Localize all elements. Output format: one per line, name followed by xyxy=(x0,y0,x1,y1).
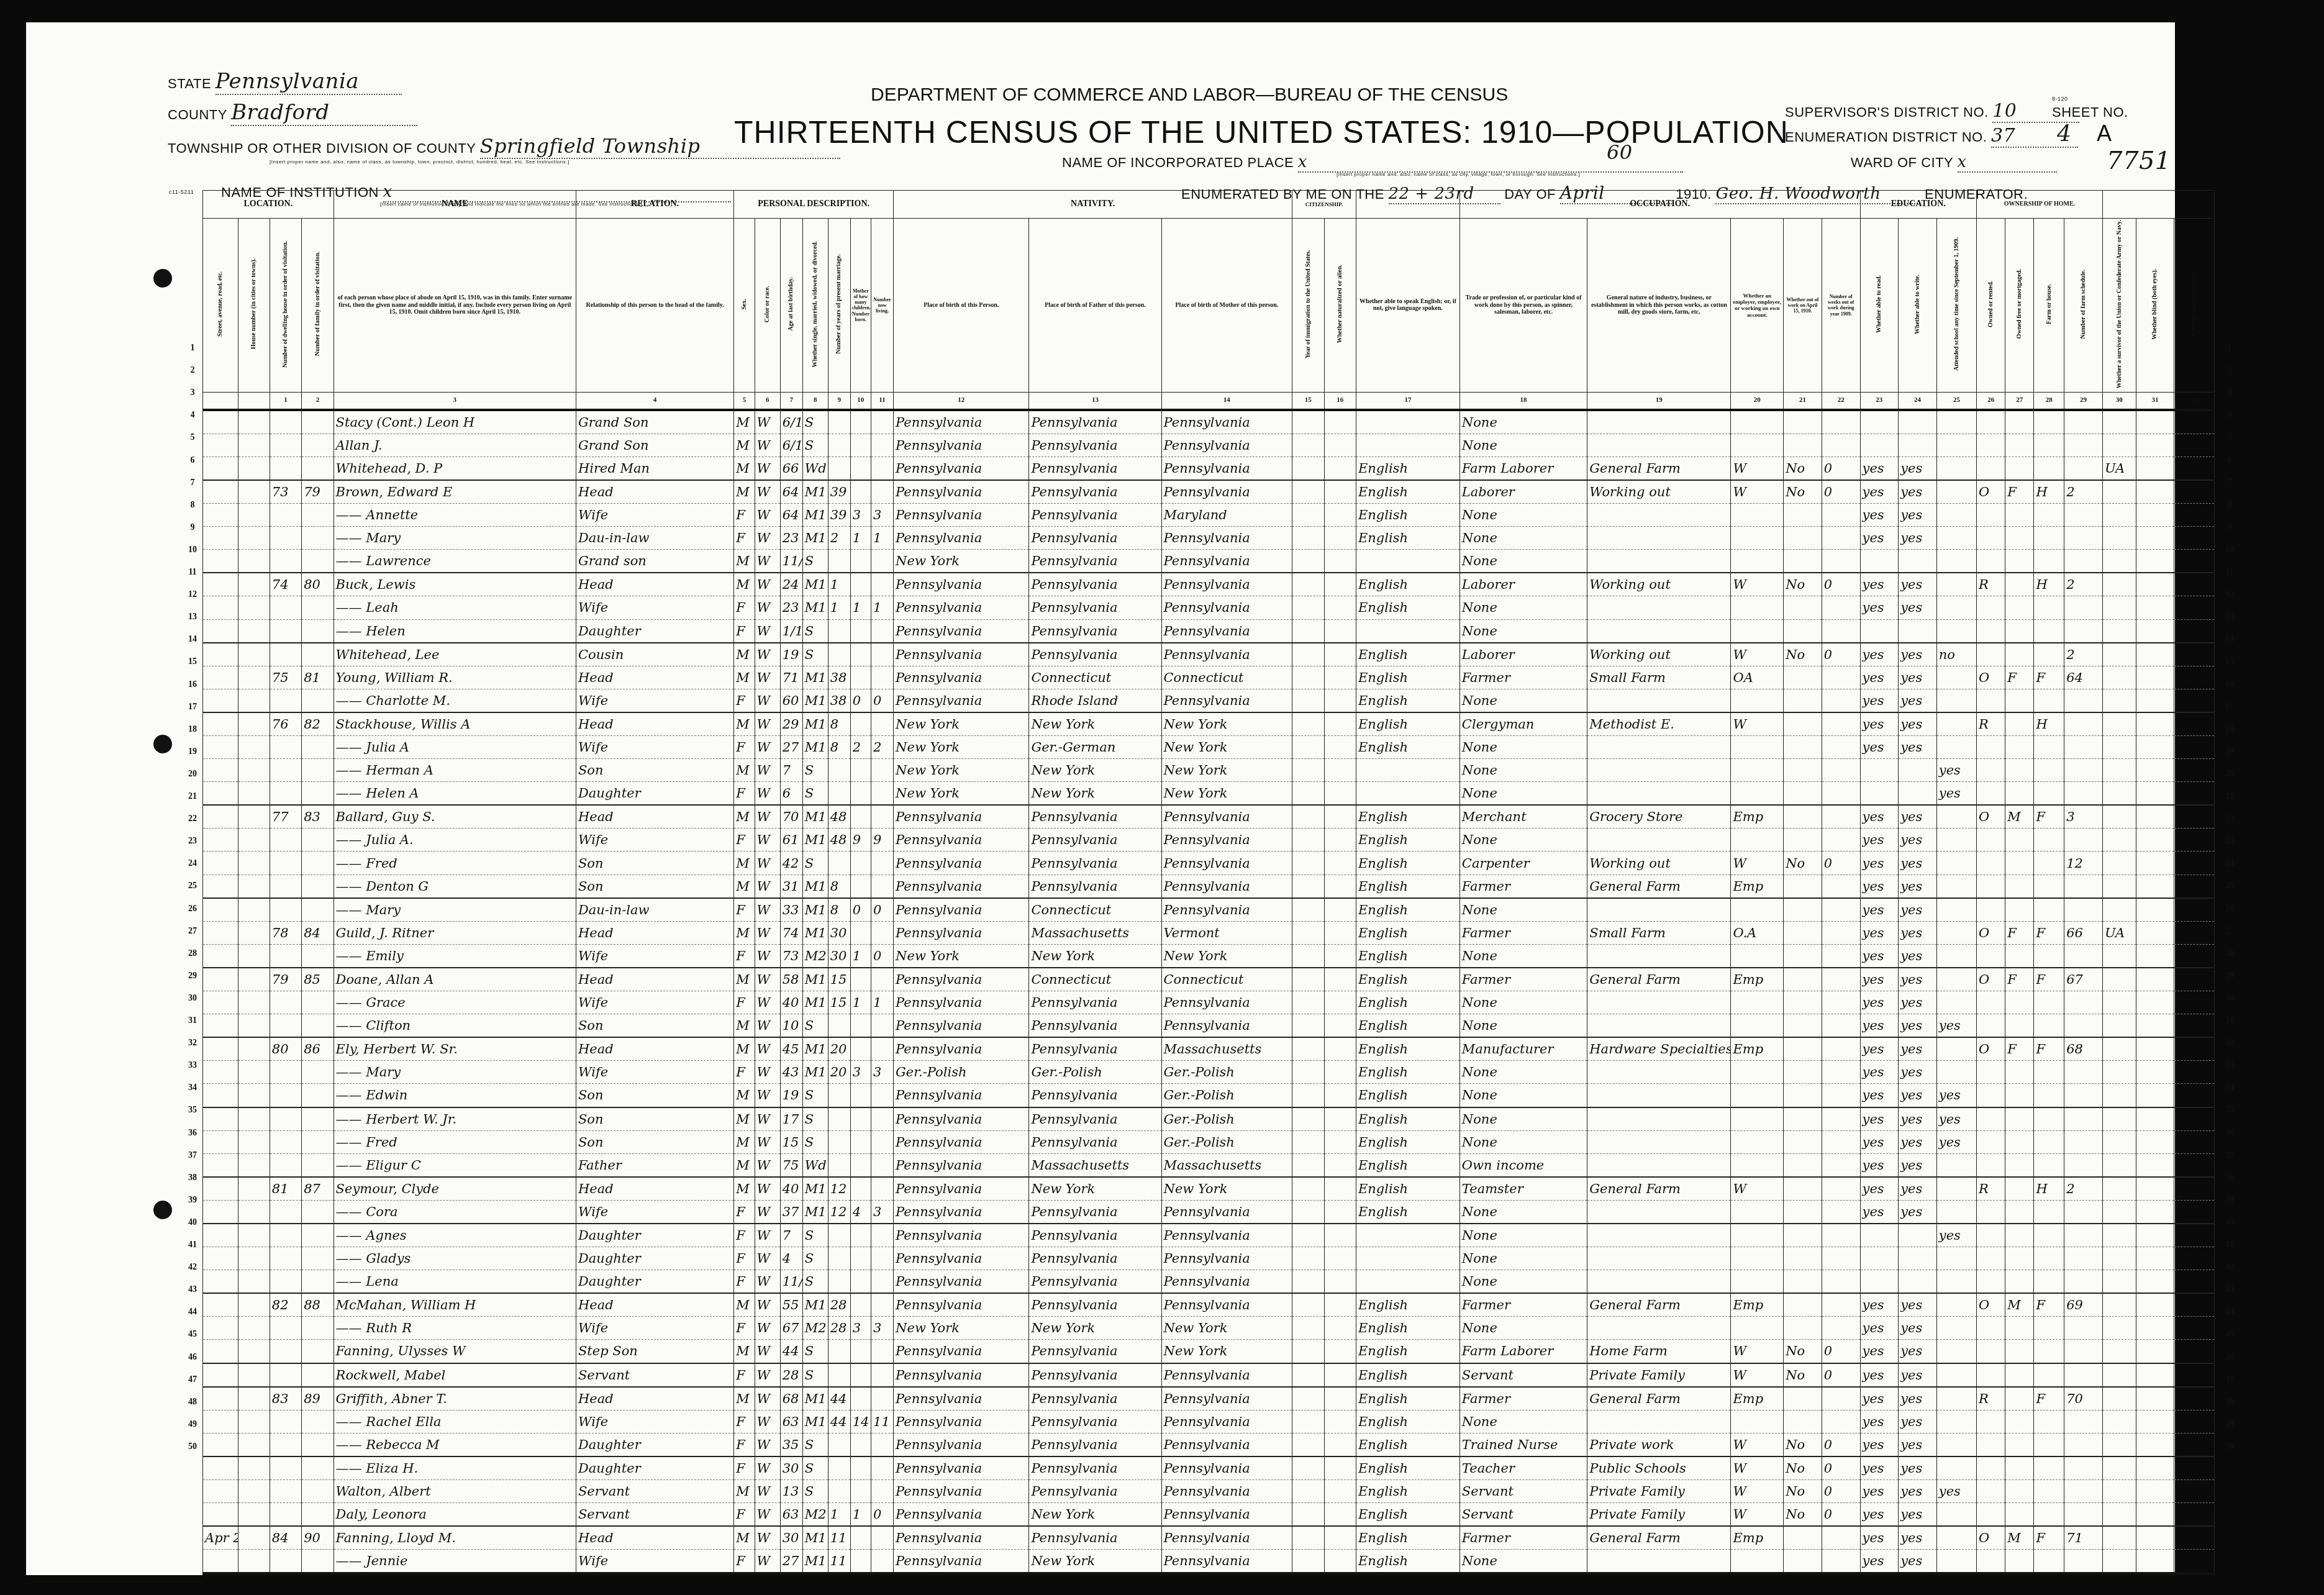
cell-sched xyxy=(2064,1130,2103,1153)
cell-empty xyxy=(2136,1340,2174,1363)
cell-empty xyxy=(238,527,270,550)
cell-born xyxy=(850,712,871,736)
cell-relation: Dau-in-law xyxy=(576,527,733,550)
cell-race: W xyxy=(755,782,780,806)
table-row: —— GraceWifeFW40M11511PennsylvaniaPennsy… xyxy=(203,991,2215,1014)
cell-living: 3 xyxy=(871,1317,894,1340)
cell-school xyxy=(1936,527,1976,550)
cell-imm xyxy=(1292,1014,1324,1038)
cell-age: 37 xyxy=(780,1200,802,1224)
cell-free xyxy=(2005,1224,2034,1247)
table-row: —— CliftonSonMW10SPennsylvaniaPennsylvan… xyxy=(203,1014,2215,1038)
col-farm-schedule: Number of farm schedule. xyxy=(2064,219,2103,393)
cell-write: yes xyxy=(1899,1433,1937,1456)
column-number: 5 xyxy=(734,392,755,410)
cell-age: 60 xyxy=(780,689,802,712)
cell-empty xyxy=(2136,968,2174,991)
cell-industry: General Farm xyxy=(1587,968,1731,991)
cell-empty xyxy=(2136,1387,2174,1411)
cell-imm xyxy=(1292,1224,1324,1247)
cell-trade: None xyxy=(1459,1014,1587,1038)
cell-sched xyxy=(2064,1503,2103,1527)
cell-trade: Farmer xyxy=(1459,666,1587,689)
cell-out: No xyxy=(1784,643,1822,666)
cell-weeks xyxy=(1822,596,1860,619)
cell-nat xyxy=(1324,944,1356,968)
cell-sched xyxy=(2064,1340,2103,1363)
line-number: 34 xyxy=(186,1083,199,1093)
cell-father: New York xyxy=(1029,759,1161,782)
cell-name: Rockwell, Mabel xyxy=(334,1363,576,1387)
cell-dwelling: 82 xyxy=(270,1293,301,1317)
cell-empty xyxy=(2136,875,2174,898)
cell-read xyxy=(1860,434,1899,457)
cell-imm xyxy=(1292,944,1324,968)
cell-street xyxy=(203,1061,238,1084)
cell-school xyxy=(1936,968,1976,991)
cell-own: O xyxy=(1977,921,2005,944)
cell-sched xyxy=(2064,1480,2103,1503)
cell-farm xyxy=(2034,434,2064,457)
cell-empty xyxy=(238,1340,270,1363)
cell-empty xyxy=(238,1293,270,1317)
cell-farm xyxy=(2034,643,2064,666)
cell-imm xyxy=(1292,527,1324,550)
cell-sched xyxy=(2064,434,2103,457)
cell-free xyxy=(2005,1340,2034,1363)
cell-born xyxy=(850,1526,871,1550)
cell-age: 17 xyxy=(780,1107,802,1131)
cell-relation: Wife xyxy=(576,1410,733,1433)
cell-family xyxy=(302,782,334,806)
cell-farm xyxy=(2034,1433,2064,1456)
cell-emp xyxy=(1731,527,1784,550)
binder-hole xyxy=(153,269,172,288)
line-number: 23 xyxy=(2223,837,2236,847)
cell-marital: M1 xyxy=(802,898,828,922)
cell-age: 44 xyxy=(780,1340,802,1363)
cell-yrs: 15 xyxy=(828,968,850,991)
cell-industry: General Farm xyxy=(1587,1526,1731,1550)
cell-vet xyxy=(2102,968,2136,991)
cell-living xyxy=(871,1550,894,1574)
line-number: 25 xyxy=(2223,881,2236,891)
cell-empty xyxy=(2136,1293,2174,1317)
cell-read: yes xyxy=(1860,480,1899,504)
cell-write: yes xyxy=(1899,736,1937,759)
cell-industry xyxy=(1587,829,1731,852)
cell-born xyxy=(850,666,871,689)
cell-empty xyxy=(2174,1410,2215,1433)
cell-english xyxy=(1356,1224,1459,1247)
column-number: 8 xyxy=(802,392,828,410)
cell-school xyxy=(1936,619,1976,643)
cell-empty xyxy=(2136,829,2174,852)
cell-birth: Pennsylvania xyxy=(894,596,1029,619)
cell-family: 89 xyxy=(302,1387,334,1411)
cell-imm xyxy=(1292,1107,1324,1131)
cell-own: O xyxy=(1977,1293,2005,1317)
cell-living xyxy=(871,619,894,643)
cell-race: W xyxy=(755,1061,780,1084)
cell-farm xyxy=(2034,527,2064,550)
cell-name: —— Emily xyxy=(334,944,576,968)
line-number: 8 xyxy=(2223,501,2236,511)
cell-imm xyxy=(1292,759,1324,782)
cell-family xyxy=(302,619,334,643)
cell-write: yes xyxy=(1899,527,1937,550)
cell-sex: M xyxy=(734,852,755,875)
cell-sex: M xyxy=(734,1480,755,1503)
cell-father: Pennsylvania xyxy=(1029,573,1161,596)
cell-farm xyxy=(2034,619,2064,643)
cell-living xyxy=(871,712,894,736)
cell-mother: Pennsylvania xyxy=(1161,434,1292,457)
cell-dwelling: 77 xyxy=(270,805,301,829)
cell-sched xyxy=(2064,1270,2103,1294)
cell-street xyxy=(203,527,238,550)
cell-living: 0 xyxy=(871,689,894,712)
cell-empty xyxy=(238,666,270,689)
cell-relation: Wife xyxy=(576,991,733,1014)
cell-street xyxy=(203,550,238,573)
cell-father: Pennsylvania xyxy=(1029,434,1161,457)
cell-sched xyxy=(2064,736,2103,759)
cell-weeks xyxy=(1822,759,1860,782)
cell-weeks xyxy=(1822,1130,1860,1153)
cell-farm xyxy=(2034,1480,2064,1503)
cell-dwelling: 76 xyxy=(270,712,301,736)
cell-sched xyxy=(2064,829,2103,852)
cell-yrs xyxy=(828,1014,850,1038)
cell-english: English xyxy=(1356,1037,1459,1061)
cell-sex: F xyxy=(734,596,755,619)
cell-sched xyxy=(2064,898,2103,922)
cell-living: 11 xyxy=(871,1410,894,1433)
cell-emp xyxy=(1731,1061,1784,1084)
cell-street xyxy=(203,1247,238,1270)
cell-empty xyxy=(2174,457,2215,480)
cell-father: New York xyxy=(1029,782,1161,806)
cell-own xyxy=(1977,1107,2005,1131)
cell-birth: Pennsylvania xyxy=(894,689,1029,712)
cell-marital: S xyxy=(802,1247,828,1270)
cell-mother: Pennsylvania xyxy=(1161,1433,1292,1456)
cell-vet xyxy=(2102,898,2136,922)
cell-school xyxy=(1936,921,1976,944)
cell-english: English xyxy=(1356,1177,1459,1201)
cell-free xyxy=(2005,410,2034,434)
cell-empty xyxy=(2136,1084,2174,1107)
cell-school xyxy=(1936,666,1976,689)
cell-industry xyxy=(1587,504,1731,527)
cell-write: yes xyxy=(1899,480,1937,504)
cell-father: Pennsylvania xyxy=(1029,875,1161,898)
cell-race: W xyxy=(755,1456,780,1480)
cell-farm xyxy=(2034,1410,2064,1433)
cell-out xyxy=(1784,736,1822,759)
cell-sched: 12 xyxy=(2064,852,2103,875)
cell-weeks: 0 xyxy=(1822,1363,1860,1387)
cell-street xyxy=(203,852,238,875)
line-number: 17 xyxy=(2223,702,2236,712)
cell-farm xyxy=(2034,782,2064,806)
cell-own: O xyxy=(1977,666,2005,689)
cell-school xyxy=(1936,1037,1976,1061)
cell-birth: Pennsylvania xyxy=(894,1153,1029,1177)
cell-father: Pennsylvania xyxy=(1029,991,1161,1014)
table-row: Daly, LeonoraServantFW63M2110Pennsylvani… xyxy=(203,1503,2215,1527)
cell-trade: Farm Laborer xyxy=(1459,1340,1587,1363)
cell-age: 75 xyxy=(780,1153,802,1177)
cell-nat xyxy=(1324,968,1356,991)
cell-out xyxy=(1784,527,1822,550)
cell-own xyxy=(1977,457,2005,480)
cell-yrs xyxy=(828,1433,850,1456)
cell-race: W xyxy=(755,1340,780,1363)
cell-emp xyxy=(1731,1270,1784,1294)
cell-english xyxy=(1356,759,1459,782)
cell-industry xyxy=(1587,1550,1731,1574)
cell-dwelling xyxy=(270,1410,301,1433)
cell-living: 0 xyxy=(871,1503,894,1527)
cell-free xyxy=(2005,527,2034,550)
cell-family xyxy=(302,1480,334,1503)
cell-nat xyxy=(1324,1061,1356,1084)
cell-trade: None xyxy=(1459,991,1587,1014)
cell-imm xyxy=(1292,1410,1324,1433)
cell-write: yes xyxy=(1899,921,1937,944)
cell-birth: Pennsylvania xyxy=(894,875,1029,898)
group-citizenship: CITIZENSHIP. xyxy=(1292,191,1356,219)
cell-sex: M xyxy=(734,550,755,573)
cell-born: 0 xyxy=(850,689,871,712)
cell-mother: Massachusetts xyxy=(1161,1037,1292,1061)
cell-dwelling xyxy=(270,1270,301,1294)
cell-marital: M2 xyxy=(802,1503,828,1527)
cell-english: English xyxy=(1356,736,1459,759)
cell-write xyxy=(1899,434,1937,457)
cell-name: —— Mary xyxy=(334,527,576,550)
cell-read: yes xyxy=(1860,666,1899,689)
cell-street xyxy=(203,759,238,782)
cell-free xyxy=(2005,1153,2034,1177)
line-number: 30 xyxy=(2223,994,2236,1004)
cell-industry xyxy=(1587,1061,1731,1084)
cell-empty xyxy=(238,968,270,991)
cell-race: W xyxy=(755,1387,780,1411)
cell-own: R xyxy=(1977,1177,2005,1201)
cell-dwelling xyxy=(270,1550,301,1574)
cell-write: yes xyxy=(1899,712,1937,736)
cell-living xyxy=(871,573,894,596)
cell-relation: Servant xyxy=(576,1503,733,1527)
cell-nat xyxy=(1324,1503,1356,1527)
cell-marital: Wd xyxy=(802,457,828,480)
cell-relation: Head xyxy=(576,1293,733,1317)
table-row: —— LeahWifeFW23M1111PennsylvaniaPennsylv… xyxy=(203,596,2215,619)
cell-birth: Pennsylvania xyxy=(894,1340,1029,1363)
cell-english: English xyxy=(1356,1363,1459,1387)
cell-marital: M1 xyxy=(802,596,828,619)
cell-age: 40 xyxy=(780,1177,802,1201)
cell-trade: None xyxy=(1459,550,1587,573)
cell-dwelling xyxy=(270,550,301,573)
cell-school xyxy=(1936,1387,1976,1411)
cell-age: 11/12 xyxy=(780,1270,802,1294)
cell-write: yes xyxy=(1899,991,1937,1014)
line-number: 16 xyxy=(2223,680,2236,690)
cell-farm: F xyxy=(2034,968,2064,991)
line-number: 6 xyxy=(186,456,199,466)
cell-out xyxy=(1784,1014,1822,1038)
cell-father: New York xyxy=(1029,1503,1161,1527)
cell-relation: Wife xyxy=(576,596,733,619)
cell-imm xyxy=(1292,1550,1324,1574)
cell-emp: W xyxy=(1731,573,1784,596)
cell-imm xyxy=(1292,829,1324,852)
column-number: 18 xyxy=(1459,392,1587,410)
cell-empty xyxy=(2136,550,2174,573)
cell-born xyxy=(850,1456,871,1480)
cell-farm xyxy=(2034,457,2064,480)
cell-age: 67 xyxy=(780,1317,802,1340)
cell-emp xyxy=(1731,898,1784,922)
cell-nat xyxy=(1324,1084,1356,1107)
cell-living xyxy=(871,1293,894,1317)
cell-family xyxy=(302,1317,334,1340)
cell-emp xyxy=(1731,736,1784,759)
cell-industry xyxy=(1587,1247,1731,1270)
cell-relation: Head xyxy=(576,666,733,689)
cell-born: 1 xyxy=(850,944,871,968)
cell-weeks: 0 xyxy=(1822,480,1860,504)
cell-dwelling xyxy=(270,457,301,480)
cell-own xyxy=(1977,1153,2005,1177)
cell-birth: Pennsylvania xyxy=(894,1224,1029,1247)
cell-weeks xyxy=(1822,434,1860,457)
cell-empty xyxy=(2174,1224,2215,1247)
form-code: 8-120 xyxy=(2052,96,2068,102)
cell-read xyxy=(1860,1247,1899,1270)
cell-birth: Pennsylvania xyxy=(894,1456,1029,1480)
cell-farm xyxy=(2034,875,2064,898)
cell-trade: None xyxy=(1459,619,1587,643)
cell-out xyxy=(1784,1061,1822,1084)
cell-read: yes xyxy=(1860,1340,1899,1363)
cell-weeks xyxy=(1822,968,1860,991)
cell-relation: Wife xyxy=(576,1317,733,1340)
cell-street xyxy=(203,1084,238,1107)
cell-nat xyxy=(1324,480,1356,504)
cell-english xyxy=(1356,550,1459,573)
cell-school: yes xyxy=(1936,1084,1976,1107)
cell-write: yes xyxy=(1899,1107,1937,1131)
cell-race: W xyxy=(755,1037,780,1061)
cell-dwelling xyxy=(270,1224,301,1247)
cell-english: English xyxy=(1356,712,1459,736)
cell-family xyxy=(302,504,334,527)
cell-name: —— Lawrence xyxy=(334,550,576,573)
line-number: 2 xyxy=(186,366,199,376)
cell-out xyxy=(1784,805,1822,829)
cell-relation: Head xyxy=(576,1526,733,1550)
cell-weeks xyxy=(1822,689,1860,712)
line-number: 34 xyxy=(2223,1083,2236,1093)
col-name: of each person whose place of abode on A… xyxy=(334,219,576,393)
cell-school xyxy=(1936,410,1976,434)
cell-vet xyxy=(2102,875,2136,898)
line-number: 11 xyxy=(186,568,199,578)
cell-yrs: 44 xyxy=(828,1410,850,1433)
cell-birth: Pennsylvania xyxy=(894,504,1029,527)
cell-dwelling xyxy=(270,852,301,875)
cell-name: —— Fred xyxy=(334,1130,576,1153)
cell-father: Pennsylvania xyxy=(1029,1037,1161,1061)
cell-age: 30 xyxy=(780,1526,802,1550)
cell-living xyxy=(871,1084,894,1107)
cell-free xyxy=(2005,1084,2034,1107)
line-number: 31 xyxy=(186,1016,199,1026)
cell-yrs xyxy=(828,1084,850,1107)
cell-sex: M xyxy=(734,1130,755,1153)
cell-sched: 66 xyxy=(2064,921,2103,944)
cell-english xyxy=(1356,619,1459,643)
cell-marital: S xyxy=(802,1084,828,1107)
cell-relation: Son xyxy=(576,875,733,898)
cell-imm xyxy=(1292,434,1324,457)
cell-english: English xyxy=(1356,1387,1459,1411)
cell-marital: M1 xyxy=(802,712,828,736)
cell-nat xyxy=(1324,852,1356,875)
cell-own xyxy=(1977,1247,2005,1270)
cell-dwelling xyxy=(270,875,301,898)
cell-living xyxy=(871,1153,894,1177)
column-number: 22 xyxy=(1822,392,1860,410)
line-number: 49 xyxy=(186,1420,199,1430)
cell-name: —— Gladys xyxy=(334,1247,576,1270)
line-number: 41 xyxy=(2223,1240,2236,1250)
cell-name: Ballard, Guy S. xyxy=(334,805,576,829)
cell-dwelling xyxy=(270,1480,301,1503)
cell-nat xyxy=(1324,712,1356,736)
col-trade: Trade or profession of, or particular ki… xyxy=(1459,219,1587,393)
cell-school xyxy=(1936,1293,1976,1317)
cell-write xyxy=(1899,410,1937,434)
cell-birth: Pennsylvania xyxy=(894,434,1029,457)
cell-read: yes xyxy=(1860,504,1899,527)
line-number: 13 xyxy=(186,612,199,622)
cell-mother: Pennsylvania xyxy=(1161,898,1292,922)
cell-vet xyxy=(2102,1387,2136,1411)
cell-marital: S xyxy=(802,434,828,457)
cell-read: yes xyxy=(1860,1503,1899,1527)
cell-free xyxy=(2005,434,2034,457)
cell-trade: Farm Laborer xyxy=(1459,457,1587,480)
cell-emp: W xyxy=(1731,643,1784,666)
cell-name: Young, William R. xyxy=(334,666,576,689)
line-number: 49 xyxy=(2223,1420,2236,1430)
cell-born xyxy=(850,805,871,829)
cell-race: W xyxy=(755,1480,780,1503)
cell-race: W xyxy=(755,875,780,898)
cell-race: W xyxy=(755,1317,780,1340)
col-write: Whether able to write. xyxy=(1899,219,1937,393)
cell-english: English xyxy=(1356,1014,1459,1038)
cell-yrs xyxy=(828,1153,850,1177)
cell-english: English xyxy=(1356,1456,1459,1480)
cell-own xyxy=(1977,852,2005,875)
